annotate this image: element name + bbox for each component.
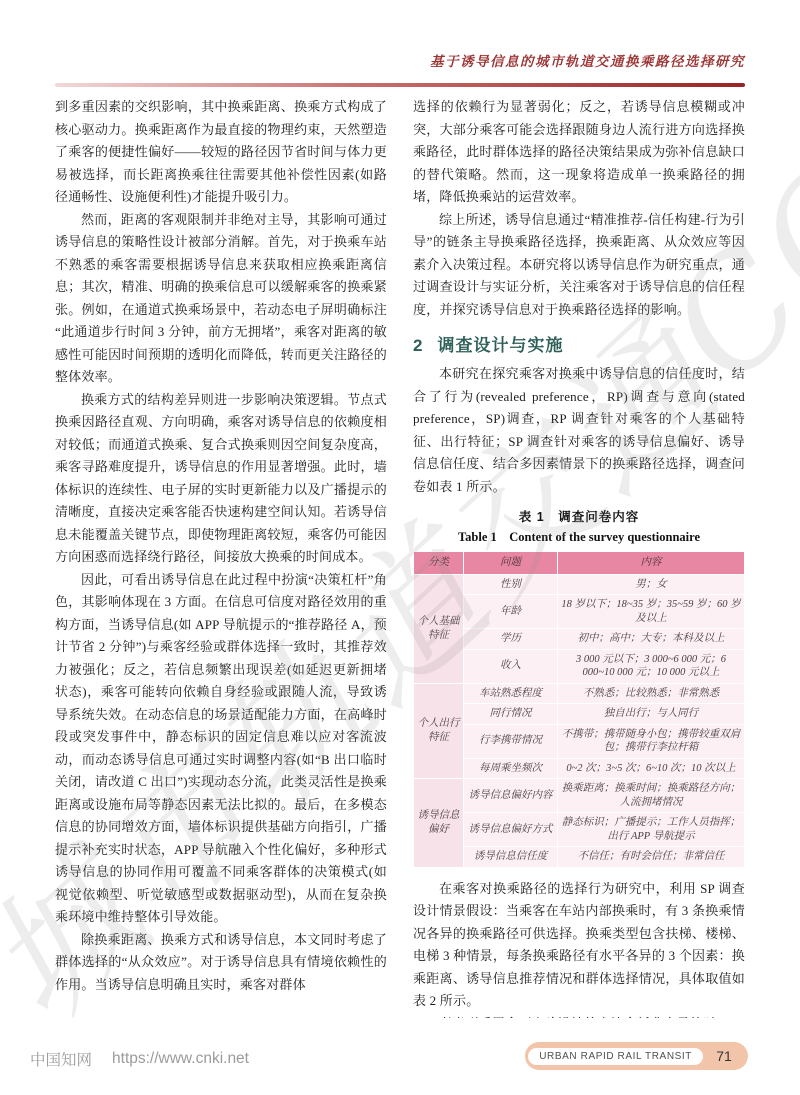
paragraph: 除换乘距离、换乘方式和诱导信息，本文同时考虑了群体选择的“从众效应”。对于诱导信…: [55, 929, 387, 997]
left-column: 到多重因素的交织影响，其中换乘距离、换乘方式构成了核心驱动力。换乘距离作为最直接…: [55, 96, 387, 1018]
table-cell-category: 个人基础特征: [414, 574, 464, 683]
table-cell-question: 诱导信息偏好方式: [464, 813, 558, 847]
table-row: 年龄 18 岁以下；18~35 岁；35~59 岁；60 岁及以上: [414, 595, 745, 629]
table-cell-content: 不熟悉；比较熟悉；非常熟悉: [558, 683, 745, 704]
table-caption-en: Table 1 Content of the survey questionna…: [413, 527, 745, 545]
running-head-title: 基于诱导信息的城市轨道交通换乘路径选择研究: [430, 50, 745, 70]
table-cell-content: 18 岁以下；18~35 岁；35~59 岁；60 岁及以上: [558, 595, 745, 629]
paper-page: 城市轨道交通CCRM 基于诱导信息的城市轨道交通换乘路径选择研究 到多重因素的交…: [0, 0, 800, 1095]
paragraph: 本研究在探究乘客对换乘中诱导信息的信任度时，结合了行为(revealed pre…: [413, 363, 745, 498]
table-cell-content: 男；女: [558, 574, 745, 595]
table-cell-question: 每周乘坐频次: [464, 758, 558, 779]
table-cell-category: 诱导信息偏好: [414, 779, 464, 868]
paragraph: 到多重因素的交织影响，其中换乘距离、换乘方式构成了核心驱动力。换乘距离作为最直接…: [55, 96, 387, 209]
table-cell-question: 收入: [464, 649, 558, 683]
paragraph: 综上所述，诱导信息通过“精准推荐-信任构建-行为引导”的链条主导换乘路径选择，换…: [413, 209, 745, 322]
table-cell-content: 3 000 元以下；3 000~6 000 元；6 000~10 000 元；1…: [558, 649, 745, 683]
table-row: 个人出行特征 车站熟悉程度 不熟悉；比较熟悉；非常熟悉: [414, 683, 745, 704]
table-row: 诱导信息信任度 不信任；有时会信任；非常信任: [414, 847, 745, 868]
table-cell-question: 行李携带情况: [464, 724, 558, 758]
table-row: 诱导信息偏好方式 静态标识；广播提示；工作人员指挥；出行 APP 导航提示: [414, 813, 745, 847]
table-header-row: 分类 问题 内容: [414, 552, 745, 575]
paragraph: 因此，可看出诱导信息在此过程中扮演“决策杠杆”角色，其影响体现在 3 方面。在信…: [55, 569, 387, 929]
table-header-content: 内容: [558, 552, 745, 575]
paragraph: 在乘客对换乘路径的选择行为研究中，利用 SP 调查设计情景假设：当乘客在车站内部…: [413, 878, 745, 1013]
section-number: 2: [413, 336, 423, 355]
table-cell-category: 个人出行特征: [414, 683, 464, 779]
cnki-url-link[interactable]: https://www.cnki.net: [112, 1050, 249, 1068]
table-row: 个人基础特征 性别 男；女: [414, 574, 745, 595]
right-column: 选择的依赖行为显著弱化；反之，若诱导信息模糊或冲突，大部分乘客可能会选择跟随身边…: [413, 96, 745, 1018]
table-cell-question: 诱导信息信任度: [464, 847, 558, 868]
header-rule-divider: [55, 83, 745, 87]
paragraph: 考虑到采用全面实验设计的方法会耗费大量的时: [413, 1013, 745, 1019]
table-row: 同行情况 独自出行；与人同行: [414, 704, 745, 725]
table-caption-zh: 表 1 调查问卷内容: [413, 507, 745, 525]
table-row: 学历 初中；高中；大专；本科及以上: [414, 629, 745, 650]
table-cell-content: 初中；高中；大专；本科及以上: [558, 629, 745, 650]
page-number: 71: [703, 1048, 745, 1064]
section-heading: 2调查设计与实施: [413, 331, 745, 356]
table-cell-content: 换乘距离；换乘时间；换乘路径方向；人流拥堵情况: [558, 779, 745, 813]
table-cell-content: 独自出行；与人同行: [558, 704, 745, 725]
table-cell-question: 车站熟悉程度: [464, 683, 558, 704]
paragraph: 然而，距离的客观限制并非绝对主导，其影响可通过诱导信息的策略性设计被部分消解。首…: [55, 209, 387, 389]
table-cell-content: 不携带；携带随身小包；携带较重双肩包；携带行李拉杆箱: [558, 724, 745, 758]
table-header-question: 问题: [464, 552, 558, 575]
table-cell-question: 性别: [464, 574, 558, 595]
section-title: 调查设计与实施: [437, 336, 563, 355]
cnki-logo-text: 中国知网: [30, 1048, 92, 1070]
table-cell-question: 年龄: [464, 595, 558, 629]
table-cell-question: 学历: [464, 629, 558, 650]
table-cell-question: 同行情况: [464, 704, 558, 725]
table-cell-question: 诱导信息偏好内容: [464, 779, 558, 813]
paragraph: 换乘方式的结构差异则进一步影响决策逻辑。节点式换乘因路径直观、方向明确，乘客对诱…: [55, 389, 387, 569]
table-row: 收入 3 000 元以下；3 000~6 000 元；6 000~10 000 …: [414, 649, 745, 683]
table-row: 行李携带情况 不携带；携带随身小包；携带较重双肩包；携带行李拉杆箱: [414, 724, 745, 758]
cnki-footer: 中国知网 https://www.cnki.net: [30, 1048, 249, 1070]
journal-name-en: URBAN RAPID RAIL TRANSIT: [528, 1048, 703, 1065]
journal-page-badge: URBAN RAPID RAIL TRANSIT 71: [525, 1042, 748, 1070]
table-row: 每周乘坐频次 0~2 次；3~5 次；6~10 次；10 次以上: [414, 758, 745, 779]
paragraph: 选择的依赖行为显著弱化；反之，若诱导信息模糊或冲突，大部分乘客可能会选择跟随身边…: [413, 96, 745, 209]
two-column-body: 到多重因素的交织影响，其中换乘距离、换乘方式构成了核心驱动力。换乘距离作为最直接…: [55, 96, 745, 1018]
survey-questionnaire-table: 分类 问题 内容 个人基础特征 性别 男；女 年龄 18 岁以下；18~35 岁…: [413, 551, 745, 868]
table-row: 诱导信息偏好 诱导信息偏好内容 换乘距离；换乘时间；换乘路径方向；人流拥堵情况: [414, 779, 745, 813]
table-cell-content: 静态标识；广播提示；工作人员指挥；出行 APP 导航提示: [558, 813, 745, 847]
table-header-category: 分类: [414, 552, 464, 575]
table-cell-content: 不信任；有时会信任；非常信任: [558, 847, 745, 868]
table-cell-content: 0~2 次；3~5 次；6~10 次；10 次以上: [558, 758, 745, 779]
